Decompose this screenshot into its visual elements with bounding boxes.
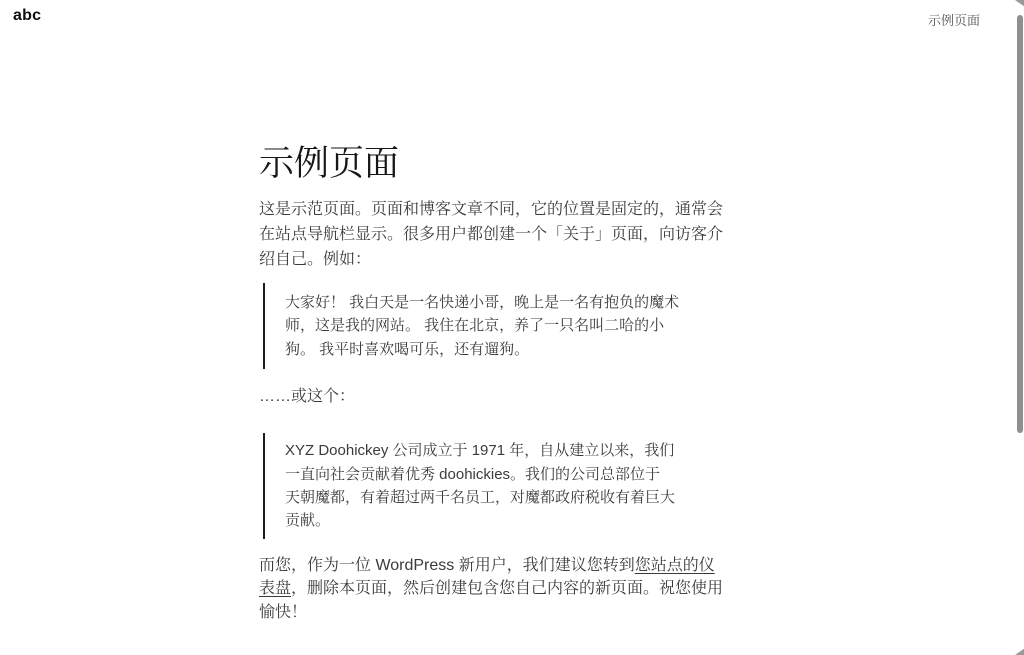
quote-1-text: 大家好！ 我白天是一名快递小哥，晚上是一名有抱负的魔术 师，这是我的网站。 我住… [285,291,729,361]
outro-text-before: 而您，作为一位 WordPress 新用户，我们建议您转到 [259,557,635,574]
quote-2-text: XYZ Doohickey 公司成立于 1971 年，自从建立以来，我们 一直向… [285,439,729,533]
window-corner-artifact-bottom-right [1015,646,1024,655]
site-header: abc 示例页面 [0,0,1024,40]
intro-paragraph: 这是示范页面。页面和博客文章不同，它的位置是固定的，通常会 在站点导航栏显示。很… [259,197,729,272]
outro-text-after: ，删除本页面，然后创建包含您自己内容的新页面。祝您使用 愉快！ [259,580,723,620]
or-this-text: ……或这个： [259,384,729,409]
scrollbar-thumb[interactable] [1017,15,1023,433]
site-title-link[interactable]: abc [13,7,41,25]
page-title: 示例页面 [259,143,729,185]
nav-item-sample-page[interactable]: 示例页面 [928,13,980,28]
primary-nav: 示例页面 [928,10,980,30]
quote-block-1: 大家好！ 我白天是一名快递小哥，晚上是一名有抱负的魔术 师，这是我的网站。 我住… [263,283,729,369]
quote-block-2: XYZ Doohickey 公司成立于 1971 年，自从建立以来，我们 一直向… [263,433,729,539]
page-content: 示例页面 这是示范页面。页面和博客文章不同，它的位置是固定的，通常会 在站点导航… [259,143,729,624]
outro-paragraph: 而您，作为一位 WordPress 新用户，我们建议您转到您站点的仪 表盘，删除… [259,554,729,624]
